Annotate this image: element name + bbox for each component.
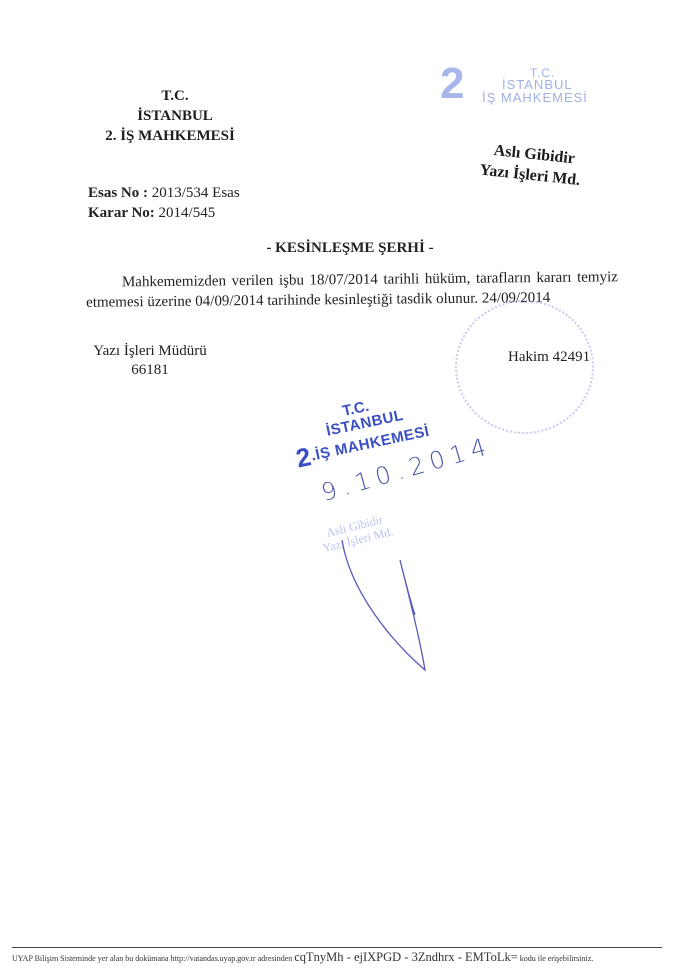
uyap-footer: UYAP Bilişim Sisteminde yer alan bu dokü… xyxy=(12,950,593,965)
judge-signature: Hakim 42491 xyxy=(508,349,590,366)
esas-sep: : xyxy=(139,185,152,201)
court-header: T.C. İSTANBUL 2. İŞ MAHKEMESİ xyxy=(110,86,240,146)
access-code: cqTnyMh - ejIXPGD - 3Zndhrx - EMToLk= xyxy=(294,950,518,964)
footer-suffix: kodu ile erişebilirsiniz. xyxy=(518,954,594,963)
stamp-number: 2 xyxy=(440,62,464,106)
header-city: İSTANBUL xyxy=(110,106,240,126)
case-info: Esas No : 2013/534 Esas Karar No: 2014/5… xyxy=(88,183,240,223)
document-title: - KESİNLEŞME ŞERHİ - xyxy=(0,240,700,257)
footer-prefix: UYAP Bilişim Sisteminde yer alan bu dokü… xyxy=(12,954,294,963)
karar-row: Karar No: 2014/545 xyxy=(88,203,240,223)
clerk-title: Yazı İşleri Müdürü xyxy=(90,342,210,361)
court-stamp-top: 2 T.C. İSTANBUL İŞ MAHKEMESİ xyxy=(440,62,620,112)
karar-value: 2014/545 xyxy=(155,205,215,221)
esas-row: Esas No : 2013/534 Esas xyxy=(88,183,240,203)
header-court: 2. İŞ MAHKEMESİ xyxy=(100,126,240,146)
header-tc: T.C. xyxy=(110,86,240,106)
clerk-id: 66181 xyxy=(90,361,210,380)
footer-divider xyxy=(12,947,662,948)
esas-value: 2013/534 Esas xyxy=(152,185,240,201)
certified-copy-stamp: Aslı Gibidir Yazı İşleri Md. xyxy=(491,140,584,191)
stamp-court: İŞ MAHKEMESİ xyxy=(482,90,588,105)
esas-label: Esas No xyxy=(88,183,139,203)
clerk-signature-block: Yazı İşleri Müdürü 66181 xyxy=(90,342,210,380)
handwritten-signature xyxy=(330,540,490,680)
karar-label: Karar No: xyxy=(88,203,155,223)
